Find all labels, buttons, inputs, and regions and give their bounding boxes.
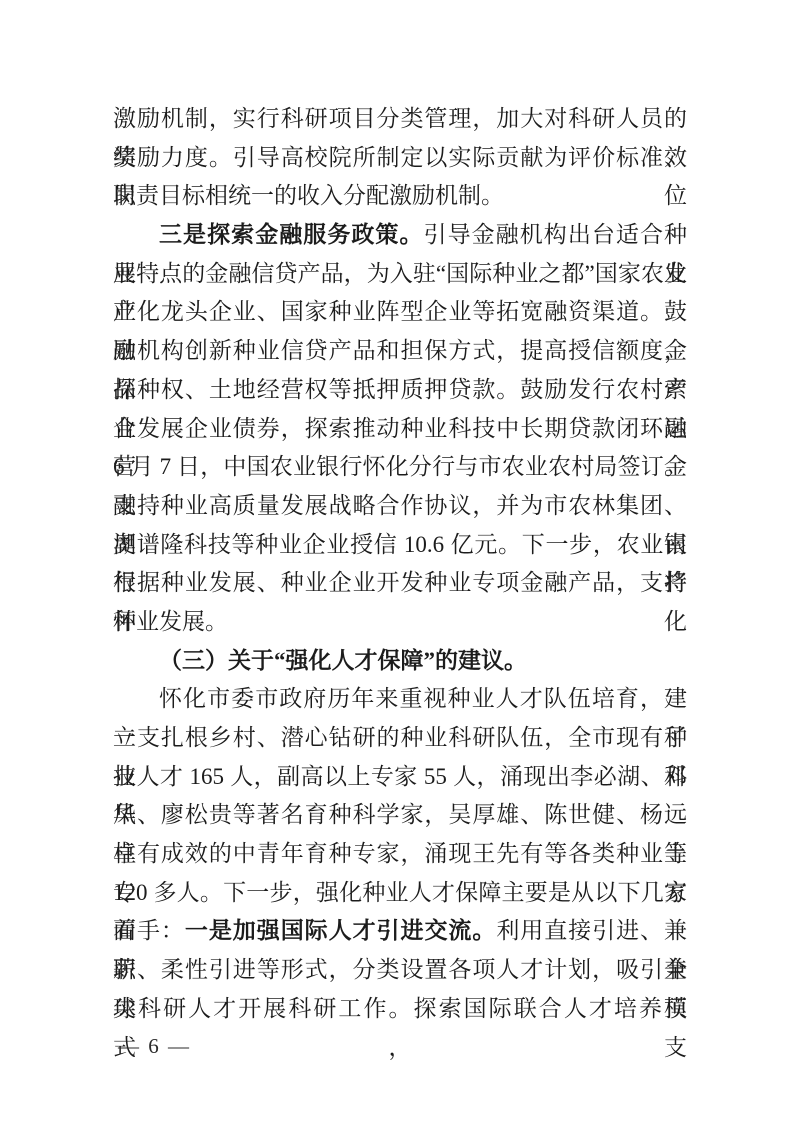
emphasis-text: （三）关于“强化人才保障”的建议。 [159, 648, 527, 673]
text-line: （三）关于“强化人才保障”的建议。 [113, 642, 687, 681]
text-line: 一支扎根乡村、潜心钻研的种业科研队伍，全市现有种业科 [113, 719, 687, 758]
text-line: 薪、柔性引进等形式，分类设置各项人才计划，吸引全球顶 [113, 951, 687, 990]
text-line: 尖科研人才开展科研工作。探索国际联合人才培养模式，支 [113, 990, 687, 1029]
text-line: 激励机制，实行科研项目分类管理，加大对科研人员的绩效 [113, 100, 687, 139]
text-line: 奥谱隆科技等种业企业授信 10.6 亿元。下一步，农业银行将 [113, 526, 687, 565]
body-text: 尖科研人才开展科研工作。探索国际联合人才培养模式，支 [113, 996, 687, 1060]
text-line: 根据种业发展、种业企业开发种业专项金融产品，支持怀化 [113, 564, 687, 603]
body-text: 职责目标相统一的收入分配激励机制。 [113, 183, 504, 208]
text-line: 业化龙头企业、国家种业阵型企业等拓宽融资渠道。鼓励金 [113, 293, 687, 332]
body-text: 着手： [113, 918, 185, 943]
body-text: 种业发展。 [113, 609, 228, 634]
text-line: 6 月 7 日，中国农业银行怀化分行与市农业农村局签订金融 [113, 448, 687, 487]
document-body: 激励机制，实行科研项目分类管理，加大对科研人员的绩效奖励力度。引导高校院所制定以… [113, 100, 687, 1029]
text-line: 三是探索金融服务政策。引导金融机构出台适合种业发 [113, 216, 687, 255]
text-line: 凤、廖松贵等著名育种科学家，吴厚雄、陈世健、杨远柱等 [113, 796, 687, 835]
emphasis-text: 一是加强国际人才引进交流。 [185, 918, 496, 943]
text-line: 品种权、土地经营权等抵押质押贷款。鼓励发行农村产业融 [113, 371, 687, 410]
text-line: 着手：一是加强国际人才引进交流。利用直接引进、兼职兼 [113, 912, 687, 951]
text-line: 技人才 165 人，副高以上专家 55 人，涌现出李必湖、邓华 [113, 758, 687, 797]
text-line: 奖励力度。引导高校院所制定以实际贡献为评价标准、岗位 [113, 139, 687, 178]
emphasis-text: 三是探索金融服务政策。 [159, 222, 424, 247]
text-line: 支持种业高质量发展战略合作协议，并为市农林集团、湖南 [113, 487, 687, 526]
page-number: — 6 — [118, 1032, 191, 1060]
document-page: 激励机制，实行科研项目分类管理，加大对科研人员的绩效奖励力度。引导高校院所制定以… [0, 0, 793, 1122]
text-line: 怀化市委市政府历年来重视种业人才队伍培育，建立了 [113, 680, 687, 719]
text-line: 融机构创新种业信贷产品和担保方式，提高授信额度，探索 [113, 332, 687, 371]
text-line: 展特点的金融信贷产品，为入驻“国际种业之都”国家农业产 [113, 255, 687, 294]
text-line: 卓有成效的中青年育种专家，涌现王先有等各类种业土专家 [113, 835, 687, 874]
text-line: 120 多人。下一步，强化种业人才保障主要是从以下几方面 [113, 874, 687, 913]
text-line: 合发展企业债券，探索推动种业科技中长期贷款闭环运营。 [113, 410, 687, 449]
